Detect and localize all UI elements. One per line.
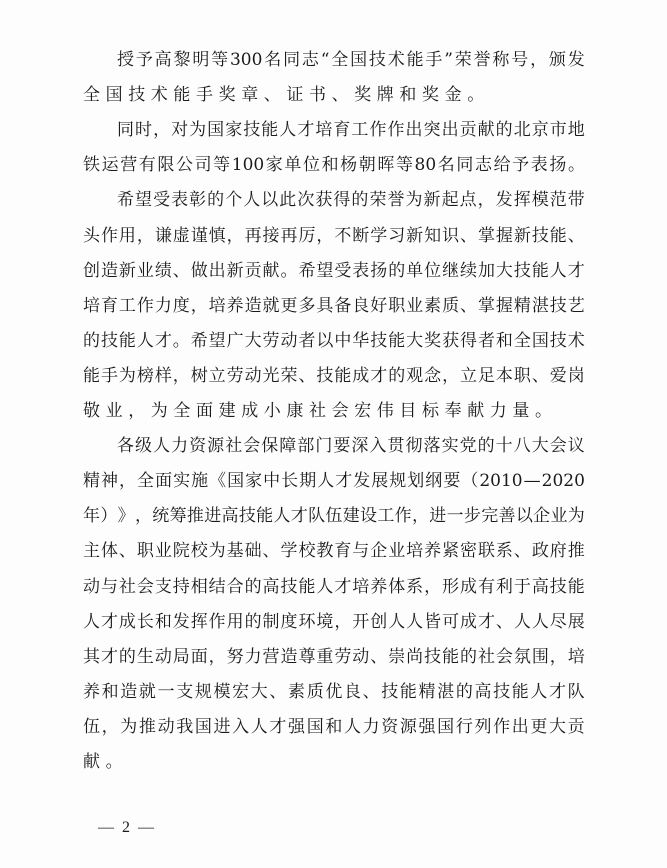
- text-line: 希望受表彰的个人以此次获得的荣誉为新起点，发挥模范带: [117, 188, 585, 212]
- text-line: 授予高黎明等300名同志“全国技术能手”荣誉称号，颁发: [117, 48, 585, 72]
- text-line: 的技能人才。希望广大劳动者以中华技能大奖获得者和全国技术: [83, 329, 585, 353]
- text-line: 敬业，为全面建成小康社会宏伟目标奉献力量。: [83, 399, 585, 423]
- text-line: 各级人力资源社会保障部门要深入贯彻落实党的十八大会议: [117, 434, 585, 458]
- document-page: 授予高黎明等300名同志“全国技术能手”荣誉称号，颁发全国技术能手奖章、证书、奖…: [0, 0, 667, 868]
- text-line: 养和造就一支规模宏大、素质优良、技能精湛的高技能人才队: [83, 680, 585, 704]
- text-line: 精神，全面实施《国家中长期人才发展规划纲要（2010—2020: [83, 469, 585, 493]
- text-line: 伍，为推动我国进入人才强国和人力资源强国行列作出更大贡: [83, 715, 585, 739]
- text-line: 主体、职业院校为基础、学校教育与企业培养紧密联系、政府推: [83, 539, 585, 563]
- text-line: 全国技术能手奖章、证书、奖牌和奖金。: [83, 83, 585, 107]
- text-line: 头作用，谦虚谨慎，再接再厉，不断学习新知识、掌握新技能、: [83, 224, 585, 248]
- text-line: 其才的生动局面，努力营造尊重劳动、崇尚技能的社会氛围，培: [83, 645, 585, 669]
- text-line: 同时，对为国家技能人才培育工作作出突出贡献的北京市地: [117, 118, 585, 142]
- text-line: 人才成长和发挥作用的制度环境，开创人人皆可成才、人人尽展: [83, 610, 585, 634]
- text-line: 能手为榜样，树立劳动光荣、技能成才的观念，立足本职、爱岗: [83, 364, 585, 388]
- text-line: 动与社会支持相结合的高技能人才培养体系，形成有利于高技能: [83, 575, 585, 599]
- text-line: 铁运营有限公司等100家单位和杨朝晖等80名同志给予表扬。: [83, 153, 585, 177]
- page-number: — 2 —: [98, 816, 156, 840]
- text-line: 创造新业绩、做出新贡献。希望受表扬的单位继续加大技能人才: [83, 259, 585, 283]
- text-line: 培育工作力度，培养造就更多具备良好职业素质、掌握精湛技艺: [83, 294, 585, 318]
- text-line: 献。: [83, 750, 585, 774]
- text-line: 年）》，统筹推进高技能人才队伍建设工作，进一步完善以企业为: [83, 504, 585, 528]
